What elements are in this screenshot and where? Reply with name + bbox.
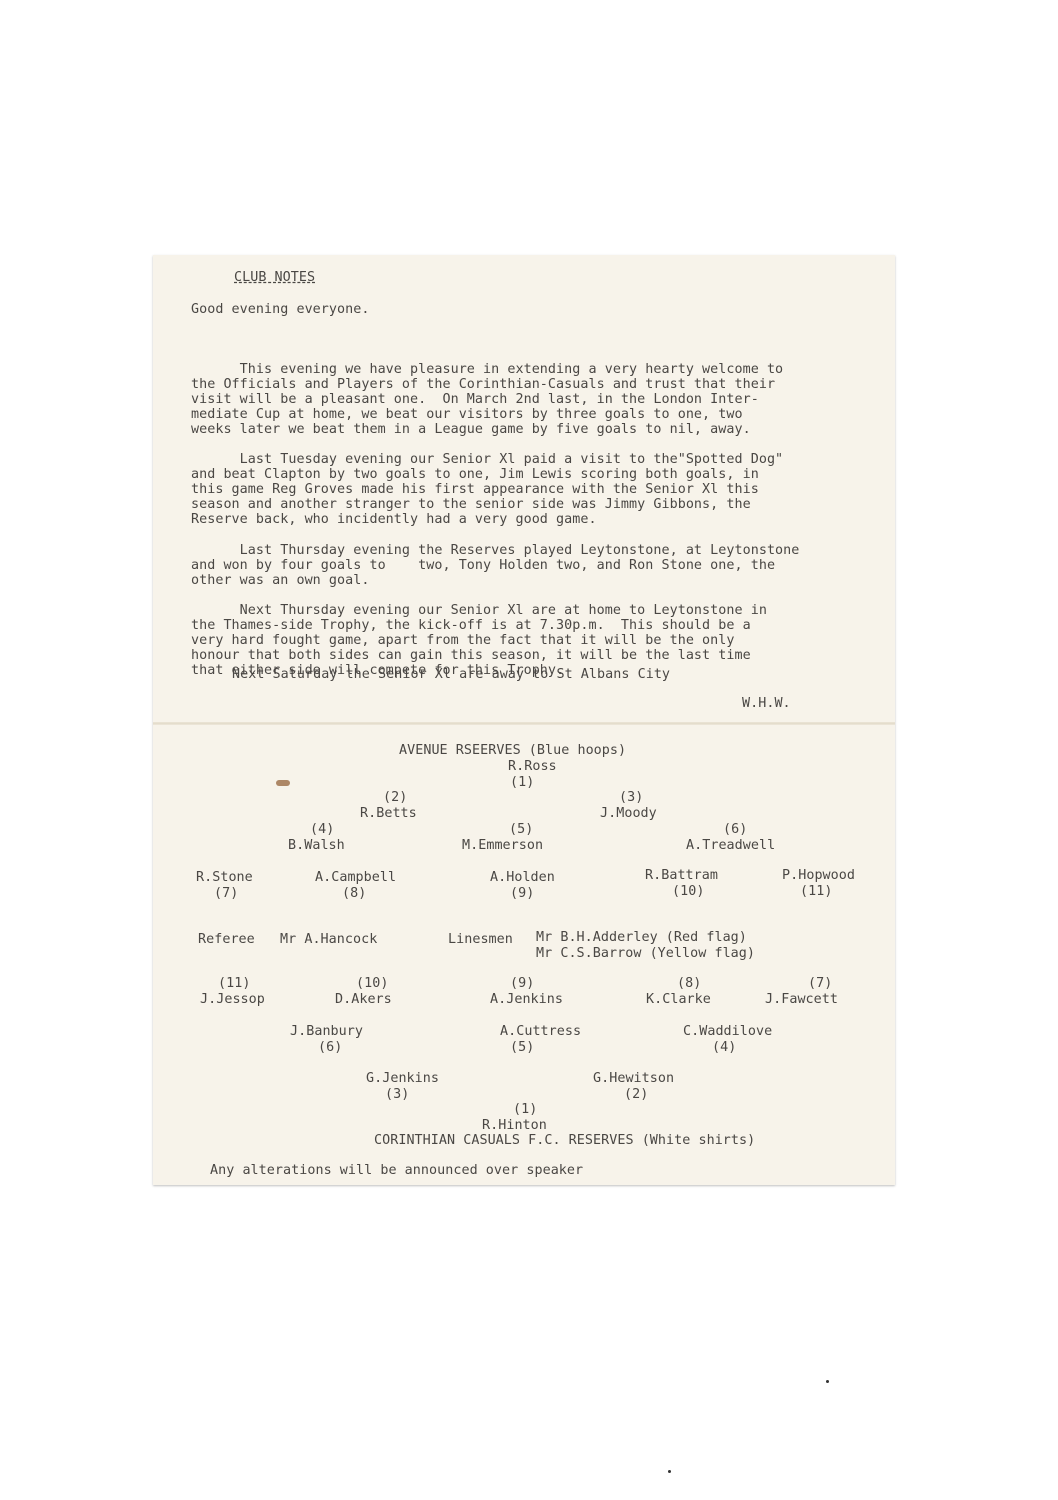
away-player-11-num: (11) [218,976,250,991]
next-saturday-note: Next Saturday the Senior Xl are away to … [232,667,670,682]
home-player-6-name: A.Treadwell [686,838,775,853]
home-team-title: AVENUE RSEERVES (Blue hoops) [399,743,626,758]
home-player-1-name: R.Ross [508,759,557,774]
referee-name: Mr A.Hancock [280,932,377,947]
away-player-11-name: J.Jessop [200,992,265,1007]
greeting: Good evening everyone. [191,302,369,317]
home-player-2-name: R.Betts [360,806,417,821]
paper-stain [276,780,290,786]
away-player-1-num: (1) [513,1102,537,1117]
away-player-3-name: G.Jenkins [366,1071,439,1086]
home-player-5-num: (5) [509,822,533,837]
away-player-8-num: (8) [677,976,701,991]
alterations-notice: Any alterations will be announced over s… [210,1163,583,1178]
home-player-10-num: (10) [672,884,704,899]
away-player-9-name: A.Jenkins [490,992,563,1007]
home-player-4-name: B.Walsh [288,838,345,853]
home-player-1-num: (1) [510,775,534,790]
away-player-4-num: (4) [712,1040,736,1055]
speck-mark [826,1380,829,1383]
home-player-11-num: (11) [800,884,832,899]
referee-label: Referee [198,932,255,947]
away-player-5-num: (5) [510,1040,534,1055]
linesman-1: Mr B.H.Adderley (Red flag) [536,930,747,945]
home-player-8-name: A.Campbell [315,870,396,885]
away-player-10-num: (10) [356,976,388,991]
home-player-4-num: (4) [310,822,334,837]
home-player-6-num: (6) [723,822,747,837]
away-player-4-name: C.Waddilove [683,1024,772,1039]
home-player-9-name: A.Holden [490,870,555,885]
home-player-9-num: (9) [510,886,534,901]
home-player-3-num: (3) [619,790,643,805]
away-player-3-num: (3) [385,1087,409,1102]
away-team-title: CORINTHIAN CASUALS F.C. RESERVES (White … [374,1133,755,1148]
linesmen-label: Linesmen [448,932,513,947]
club-notes-heading: CLUB NOTES [234,270,315,285]
home-player-11-name: P.Hopwood [782,868,855,883]
home-player-5-name: M.Emmerson [462,838,543,853]
signature: W.H.W. [742,696,791,711]
home-player-10-name: R.Battram [645,868,718,883]
away-player-7-name: J.Fawcett [765,992,838,1007]
away-player-8-name: K.Clarke [646,992,711,1007]
away-player-7-num: (7) [808,976,832,991]
home-player-2-num: (2) [383,790,407,805]
away-player-10-name: D.Akers [335,992,392,1007]
speck-mark [668,1470,671,1473]
home-player-7-name: R.Stone [196,870,253,885]
away-player-5-name: A.Cuttress [500,1024,581,1039]
away-player-9-num: (9) [510,976,534,991]
away-player-2-name: G.Hewitson [593,1071,674,1086]
away-player-6-name: J.Banbury [290,1024,363,1039]
away-player-6-num: (6) [318,1040,342,1055]
away-player-2-num: (2) [624,1087,648,1102]
home-player-7-num: (7) [214,886,238,901]
home-player-8-num: (8) [342,886,366,901]
home-player-3-name: J.Moody [600,806,657,821]
away-player-1-name: R.Hinton [482,1118,547,1133]
fold-crease [153,722,895,725]
linesman-2: Mr C.S.Barrow (Yellow flag) [536,946,755,961]
